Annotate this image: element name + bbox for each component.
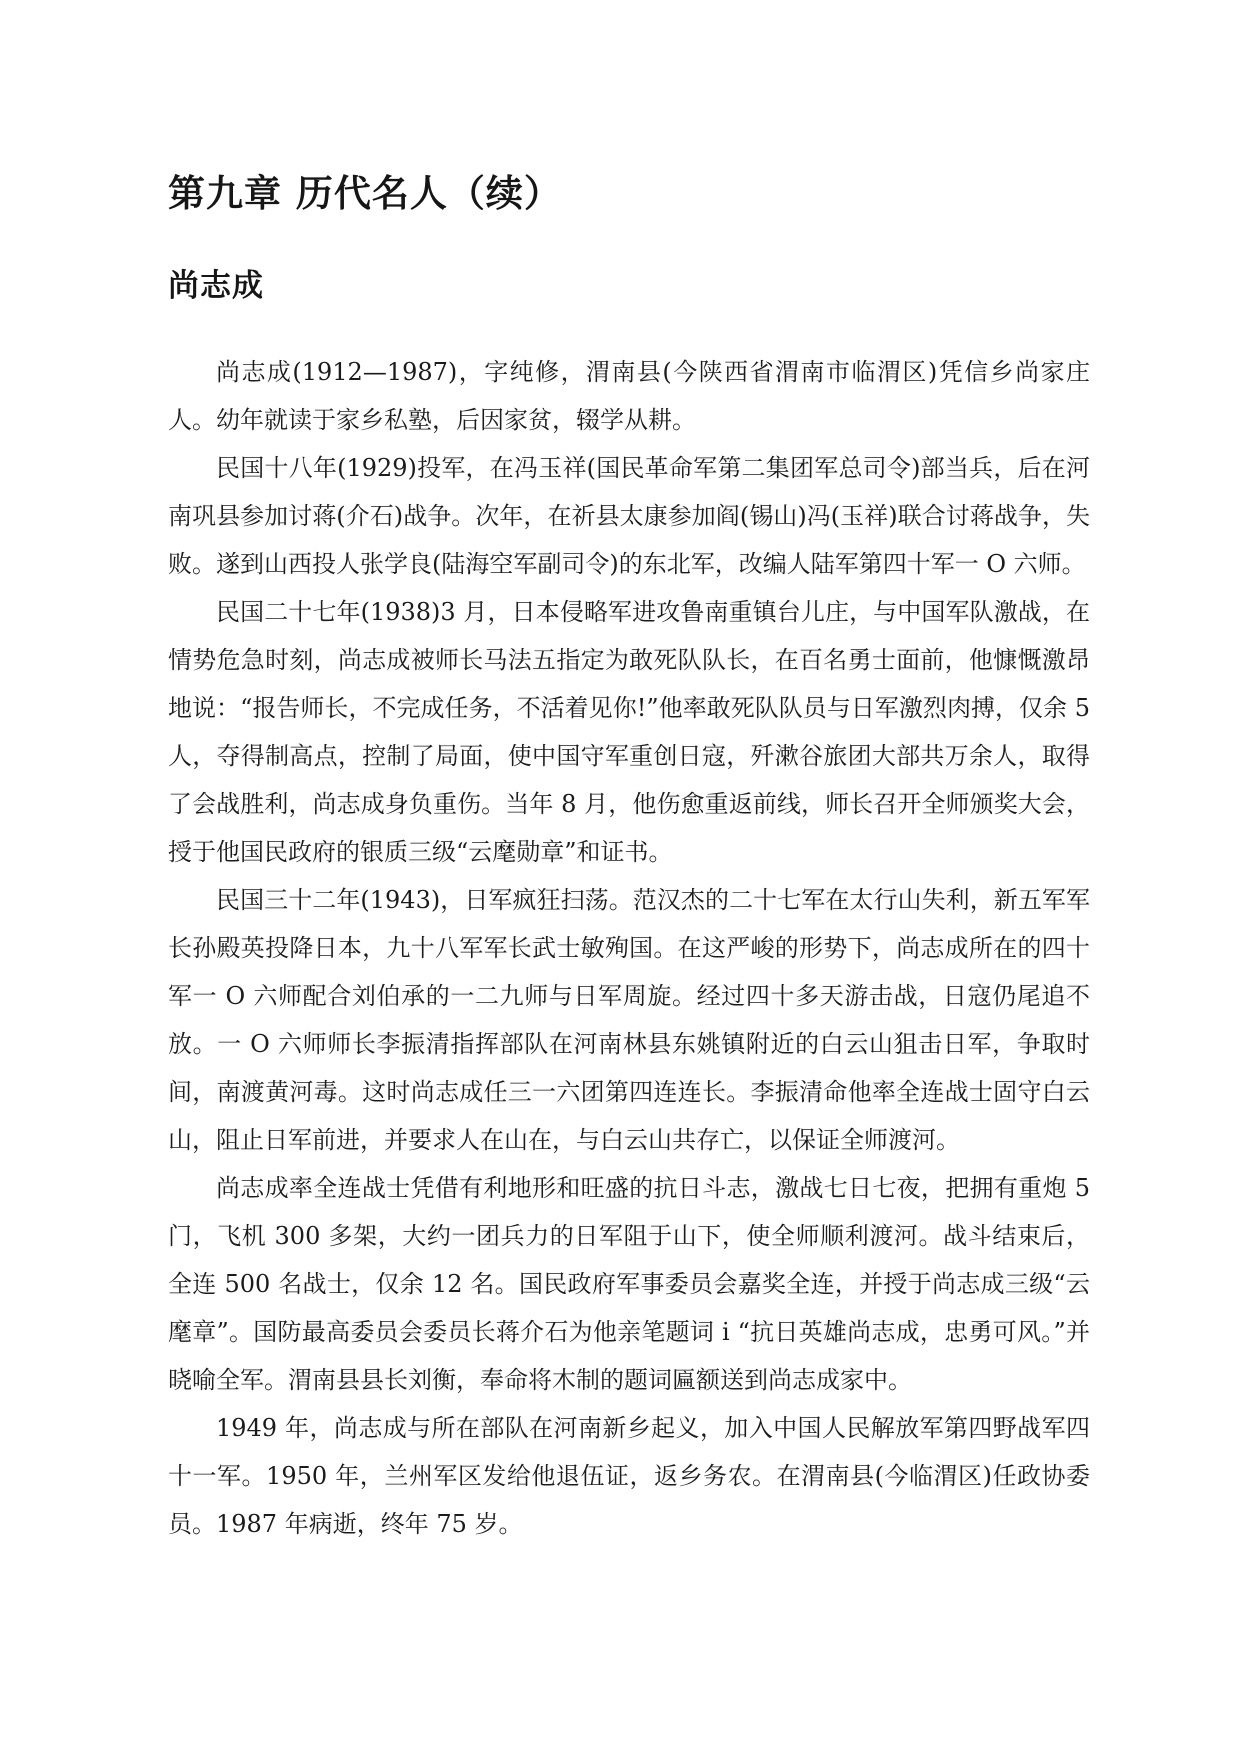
paragraph-later-life: 1949 年，尚志成与所在部队在河南新乡起义，加入中国人民解放军第四野战军四十一… — [168, 1404, 1090, 1548]
paragraph-baiyunshan-1943: 民国三十二年(1943)，日军疯狂扫荡。范汉杰的二十七军在太行山失利，新五军军长… — [168, 876, 1090, 1164]
paragraph-enlistment-1929: 民国十八年(1929)投军，在冯玉祥(国民革命军第二集团军总司令)部当兵，后在河… — [168, 444, 1090, 588]
paragraph-biography-intro: 尚志成(1912—1987)，字纯修，渭南县(今陕西省渭南市临渭区)凭信乡尚家庄… — [168, 348, 1090, 444]
person-name-heading: 尚志成 — [168, 268, 1090, 305]
paragraph-taierzhuang-1938: 民国二十七年(1938)3 月，日本侵略军进攻鲁南重镇台儿庄，与中国军队激战，在… — [168, 588, 1090, 876]
document-body: 尚志成(1912—1987)，字纯修，渭南县(今陕西省渭南市临渭区)凭信乡尚家庄… — [168, 348, 1090, 1548]
paragraph-commendation: 尚志成率全连战士凭借有利地形和旺盛的抗日斗志，激战七日七夜，把拥有重炮 5 门，… — [168, 1164, 1090, 1404]
chapter-title: 第九章 历代名人（续） — [168, 172, 1090, 216]
document-page: 第九章 历代名人（续） 尚志成 尚志成(1912—1987)，字纯修，渭南县(今… — [0, 0, 1240, 1754]
